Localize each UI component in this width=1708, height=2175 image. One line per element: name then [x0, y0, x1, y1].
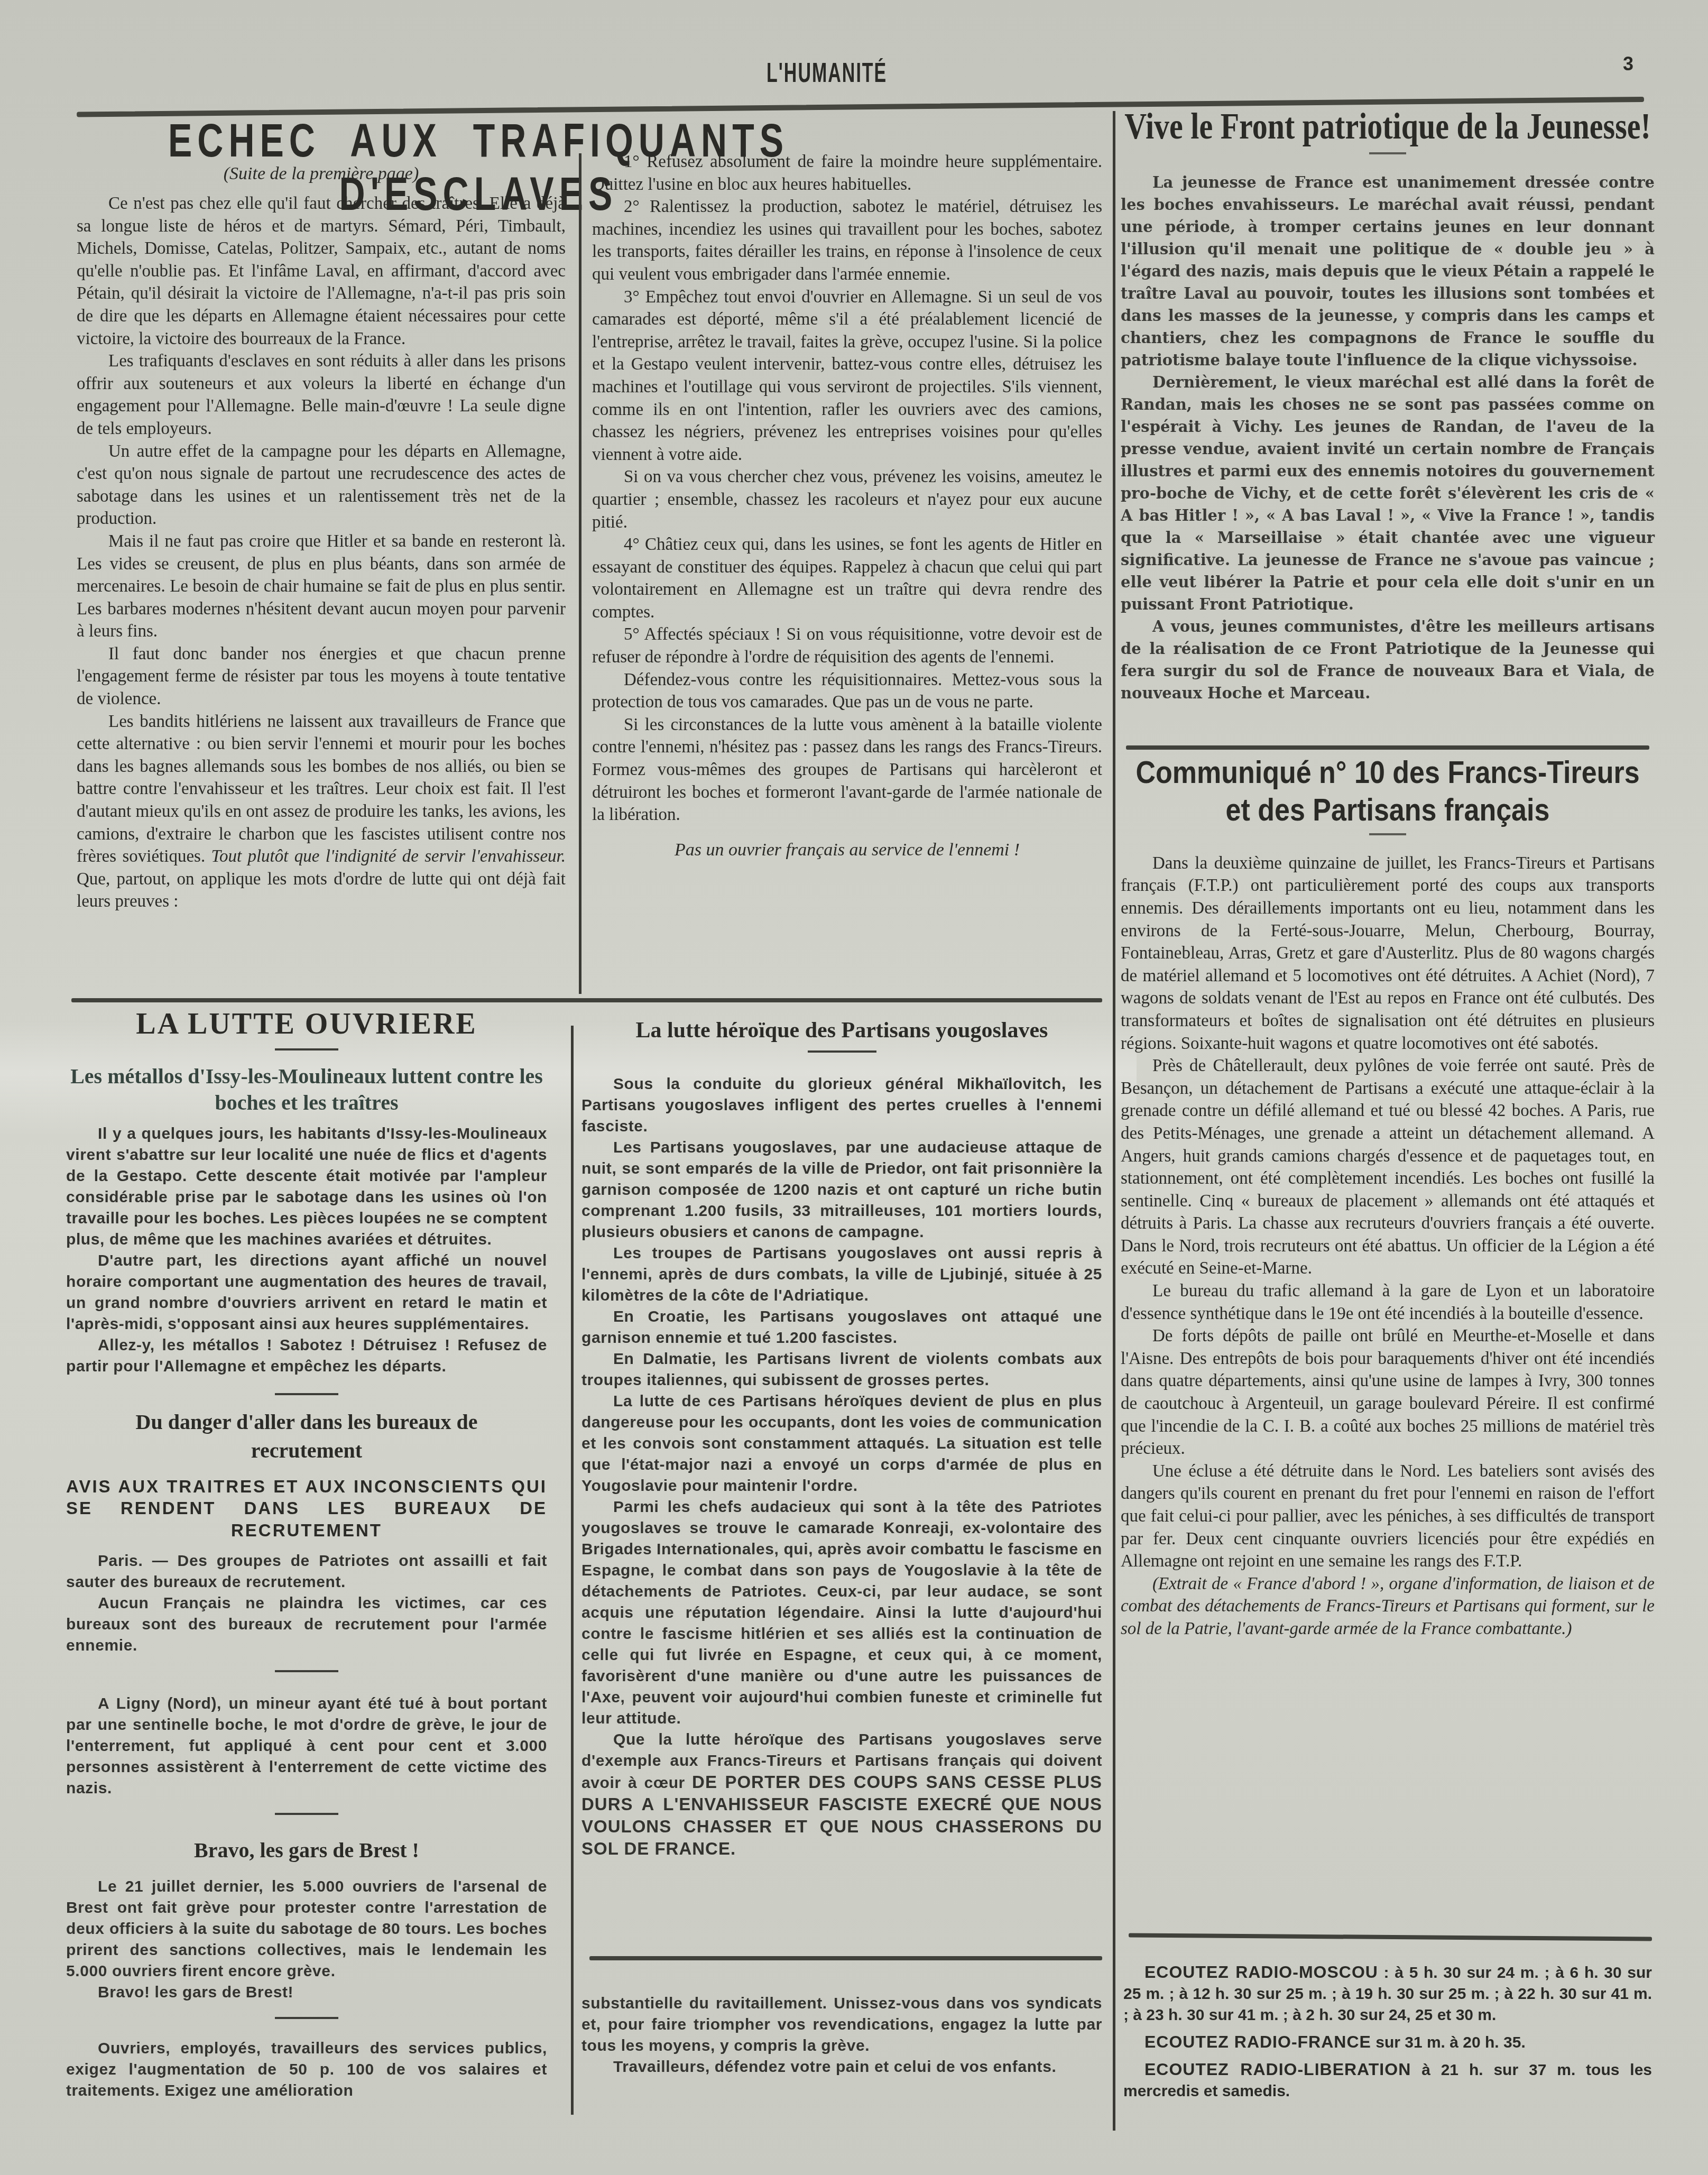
ornament-rule [275, 1048, 338, 1050]
lutte-ouvriere-column: LA LUTTE OUVRIERE Les métallos d'Issy-le… [66, 1007, 547, 2102]
brest-paragraph: Bravo! les gars de Brest! [66, 1982, 547, 2003]
metallos-paragraph: D'autre part, les directions ayant affic… [66, 1250, 547, 1335]
echec-paragraph: Il faut donc bander nos énergies et que … [77, 643, 566, 711]
directive-item: 1° Refusez absolument de faire la moindr… [592, 151, 1102, 196]
vive-title: Vive le Front patriotique de la Jeunesse… [1121, 105, 1655, 147]
ornament-rule [808, 1050, 876, 1053]
communique-paragraph: Dans la deuxième quinzaine de juillet, l… [1121, 852, 1655, 1055]
echec-paragraph: Mais il ne faut pas croire que Hitler et… [77, 530, 566, 643]
communique-paragraph: Une écluse a été détruite dans le Nord. … [1121, 1460, 1655, 1573]
communique-paragraph: Près de Châtellerault, deux pylônes de v… [1121, 1055, 1655, 1280]
directive-item: 5° Affectés spéciaux ! Si on vous réquis… [592, 623, 1102, 668]
brest-title: Bravo, les gars de Brest ! [66, 1836, 547, 1865]
communique-block: Communiqué n° 10 des Francs-Tireurs et d… [1121, 759, 1655, 1641]
communique-title-line-1: Communiqué n° 10 des Francs-Tireurs [1135, 755, 1639, 790]
radio-listings: ECOUTEZ RADIO-MOSCOU : à 5 h. 30 sur 24 … [1123, 1961, 1652, 2102]
yougoslaves-paragraph: Sous la conduite du glorieux général Mik… [581, 1074, 1102, 1137]
appeal-paragraph: Ouvriers, employés, travailleurs des ser… [66, 2038, 547, 2102]
column-rule [571, 1026, 574, 2115]
echec-slogan: Tout plutôt que l'indignité de servir l'… [211, 847, 566, 866]
ornament-rule [275, 1813, 338, 1815]
echec-paragraph-text: Les bandits hitlériens ne laissent aux t… [77, 712, 566, 867]
communique-title: Communiqué n° 10 des Francs-Tireurs et d… [1121, 754, 1655, 830]
echec-paragraph: Les trafiquants d'esclaves en sont rédui… [77, 350, 566, 440]
lutte-ouvriere-title: LA LUTTE OUVRIERE [66, 1007, 547, 1041]
metallos-title: Les métallos d'Issy-les-Moulineaux lutte… [66, 1063, 547, 1116]
directive-item: 3° Empêchez tout envoi d'ouvrier en Alle… [592, 286, 1102, 466]
section-rule [1126, 745, 1649, 750]
vive-paragraph: La jeunesse de France est unanimement dr… [1121, 171, 1655, 371]
danger-caps-notice: AVIS AUX TRAITRES ET AUX INCONSCIENTS QU… [66, 1476, 547, 1541]
yougoslaves-paragraph: En Dalmatie, les Partisans livrent de vi… [581, 1349, 1102, 1391]
ligny-paragraph: A Ligny (Nord), un mineur ayant été tué … [66, 1693, 547, 1799]
column-rule [1113, 111, 1115, 2131]
brest-paragraph: Le 21 juillet dernier, les 5.000 ouvrier… [66, 1876, 547, 1982]
ornament-rule [275, 1393, 338, 1395]
directive-item: 4° Châtiez ceux qui, dans les usines, se… [592, 533, 1102, 623]
danger-paragraph: Paris. — Des groupes de Patriotes ont as… [66, 1551, 547, 1593]
masthead: L'HUMANITÉ 3 [79, 53, 1644, 100]
metallos-paragraph: Allez-y, les métallos ! Sabotez ! Détrui… [66, 1335, 547, 1377]
vive-paragraph: Dernièrement, le vieux maréchal est allé… [1121, 371, 1655, 615]
section-rule [589, 1956, 1102, 1960]
echec-column-1: (Suite de la première page) Ce n'est pas… [77, 159, 566, 913]
echec-paragraph-tail: Que, partout, on applique les mots d'ord… [77, 870, 566, 911]
echec-subtitle: (Suite de la première page) [77, 164, 566, 184]
newspaper-page: L'HUMANITÉ 3 ECHEC AUX TRAFIQUANTS D'ESC… [0, 0, 1708, 2175]
communique-paragraph: De forts dépôts de paille ont brûlé en M… [1121, 1325, 1655, 1460]
echec-paragraph: Les bandits hitlériens ne laissent aux t… [77, 711, 566, 913]
danger-title: Du danger d'aller dans les bureaux de re… [66, 1408, 547, 1465]
yougoslaves-paragraph: Parmi les chefs audacieux qui sont à la … [581, 1497, 1102, 1729]
communique-paragraph: Le bureau du trafic allemand à la gare d… [1121, 1280, 1655, 1325]
radio-france: ECOUTEZ RADIO-FRANCE sur 31 m. à 20 h. 3… [1123, 2031, 1652, 2053]
right-column: Vive le Front patriotique de la Jeunesse… [1121, 108, 1655, 704]
echec-paragraph: Ce n'est pas chez elle qu'il faut cherch… [77, 192, 566, 350]
yougoslaves-title: La lutte héroïque des Partisans yougosla… [581, 1018, 1102, 1043]
yougoslaves-paragraph: Les Partisans yougoslaves, par une audac… [581, 1137, 1102, 1243]
radio-moscou-label: ECOUTEZ RADIO-MOSCOU [1144, 1962, 1378, 1982]
ornament-rule [275, 2017, 338, 2019]
ornament-rule [1369, 833, 1406, 835]
section-rule [1129, 1933, 1652, 1941]
radio-liberation-label: ECOUTEZ RADIO-LIBERATION [1144, 2060, 1411, 2079]
section-rule [71, 998, 1102, 1002]
column-rule [579, 153, 581, 994]
echec-closing-slogan: Pas un ouvrier français au service de l'… [592, 840, 1102, 860]
communique-source: (Extrait de « France d'abord ! », organe… [1121, 1573, 1655, 1641]
yougoslaves-paragraph: Les troupes de Partisans yougoslaves ont… [581, 1243, 1102, 1306]
directive-item: Si les circonstances de la lutte vous am… [592, 714, 1102, 826]
page-number: 3 [1623, 53, 1633, 75]
continuation-block: substantielle du ravitaillement. Unissez… [581, 1993, 1102, 2078]
yougoslaves-paragraph: En Croatie, les Partisans yougoslaves on… [581, 1306, 1102, 1349]
directive-item: Si on va vous chercher chez vous, préven… [592, 466, 1102, 533]
yougoslaves-paragraph: La lutte de ces Partisans héroïques devi… [581, 1391, 1102, 1497]
newspaper-name: L'HUMANITÉ [767, 58, 887, 89]
radio-moscou: ECOUTEZ RADIO-MOSCOU : à 5 h. 30 sur 24 … [1123, 1961, 1652, 2026]
radio-france-schedule: sur 31 m. à 20 h. 35. [1375, 2034, 1526, 2051]
ornament-rule [1369, 152, 1406, 154]
continuation-paragraph: Travailleurs, défendez votre pain et cel… [581, 2057, 1102, 2078]
radio-france-label: ECOUTEZ RADIO-FRANCE [1144, 2032, 1371, 2051]
communique-title-line-2: et des Partisans français [1226, 793, 1550, 828]
yougoslaves-column: La lutte héroïque des Partisans yougosla… [581, 1018, 1102, 1860]
metallos-paragraph: Il y a quelques jours, les habitants d'I… [66, 1123, 547, 1250]
continuation-paragraph: substantielle du ravitaillement. Unissez… [581, 1993, 1102, 2057]
yougoslaves-final-paragraph: Que la lutte héroïque des Partisans youg… [581, 1729, 1102, 1860]
radio-liberation: ECOUTEZ RADIO-LIBERATION à 21 h. sur 37 … [1123, 2059, 1652, 2102]
echec-column-2: 1° Refusez absolument de faire la moindr… [592, 151, 1102, 860]
directive-item: 2° Ralentissez la production, sabotez le… [592, 196, 1102, 285]
danger-paragraph: Aucun Français ne plaindra les victimes,… [66, 1593, 547, 1656]
ornament-rule [275, 1670, 338, 1672]
directive-item: Défendez-vous contre les réquisitionnair… [592, 669, 1102, 714]
vive-paragraph: A vous, jeunes communistes, d'être les m… [1121, 615, 1655, 704]
echec-paragraph: Un autre effet de la campagne pour les d… [77, 440, 566, 530]
